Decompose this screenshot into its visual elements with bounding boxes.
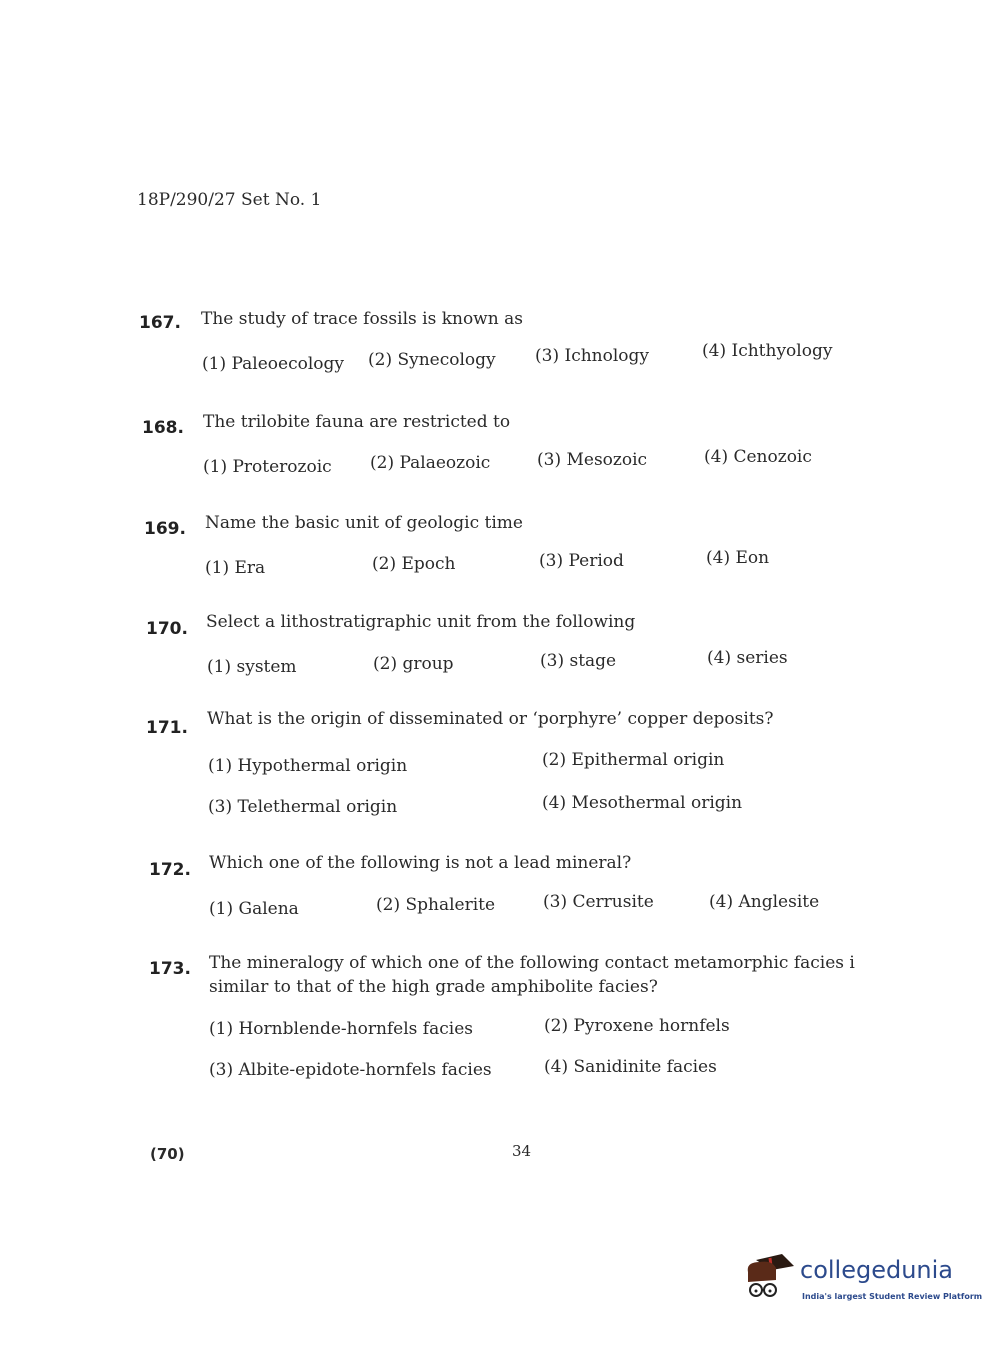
question-text: Name the basic unit of geologic time [205, 513, 523, 533]
option: (2) Sphalerite [376, 895, 495, 915]
option: (1) Hypothermal origin [208, 756, 407, 776]
question-text-line2: similar to that of the high grade amphib… [209, 977, 658, 997]
option: (2) Palaeozoic [370, 453, 490, 473]
mascot-icon [742, 1252, 798, 1312]
question-number: 172. [149, 860, 191, 880]
option: (3) Telethermal origin [208, 797, 397, 817]
question-number: 168. [142, 418, 184, 438]
option: (2) group [373, 654, 454, 674]
footer-code: (70) [150, 1145, 185, 1163]
option: (3) Mesozoic [537, 450, 647, 470]
option: (1) Era [205, 558, 265, 578]
question-text: Select a lithostratigraphic unit from th… [206, 612, 635, 632]
option: (2) Epoch [372, 554, 455, 574]
collegedunia-logo: collegedunia India's largest Student Rev… [742, 1252, 972, 1312]
paper-code: 18P/290/27 Set No. 1 [137, 190, 321, 210]
option: (2) Epithermal origin [542, 750, 724, 770]
option: (4) series [707, 648, 788, 668]
question-number: 167. [139, 313, 181, 333]
question-text: The mineralogy of which one of the follo… [209, 953, 855, 973]
question-number: 169. [144, 519, 186, 539]
option: (2) Synecology [368, 350, 496, 370]
option: (4) Ichthyology [702, 341, 832, 361]
option: (1) Paleoecology [202, 354, 344, 374]
option: (1) Galena [209, 899, 299, 919]
option: (4) Eon [706, 548, 769, 568]
page-number: 34 [512, 1142, 531, 1160]
question-text: Which one of the following is not a lead… [209, 853, 631, 873]
question-number: 170. [146, 619, 188, 639]
option: (1) system [207, 657, 297, 677]
question-number: 173. [149, 959, 191, 979]
option: (3) stage [540, 651, 616, 671]
brand-tagline: India's largest Student Review Platform [802, 1292, 982, 1301]
option: (1) Hornblende-hornfels facies [209, 1019, 473, 1039]
option: (4) Anglesite [709, 892, 819, 912]
option: (2) Pyroxene hornfels [544, 1016, 730, 1036]
question-number: 171. [146, 718, 188, 738]
question-text: The trilobite fauna are restricted to [203, 412, 510, 432]
brand-name: collegedunia [800, 1256, 953, 1284]
option: (4) Mesothermal origin [542, 793, 742, 813]
question-text: The study of trace fossils is known as [201, 309, 523, 329]
option: (3) Ichnology [535, 346, 649, 366]
option: (3) Albite-epidote-hornfels facies [209, 1060, 492, 1080]
option: (3) Period [539, 551, 624, 571]
question-text: What is the origin of disseminated or ‘p… [207, 709, 774, 729]
option: (4) Sanidinite facies [544, 1057, 717, 1077]
option: (4) Cenozoic [704, 447, 812, 467]
option: (1) Proterozoic [203, 457, 332, 477]
option: (3) Cerrusite [543, 892, 654, 912]
